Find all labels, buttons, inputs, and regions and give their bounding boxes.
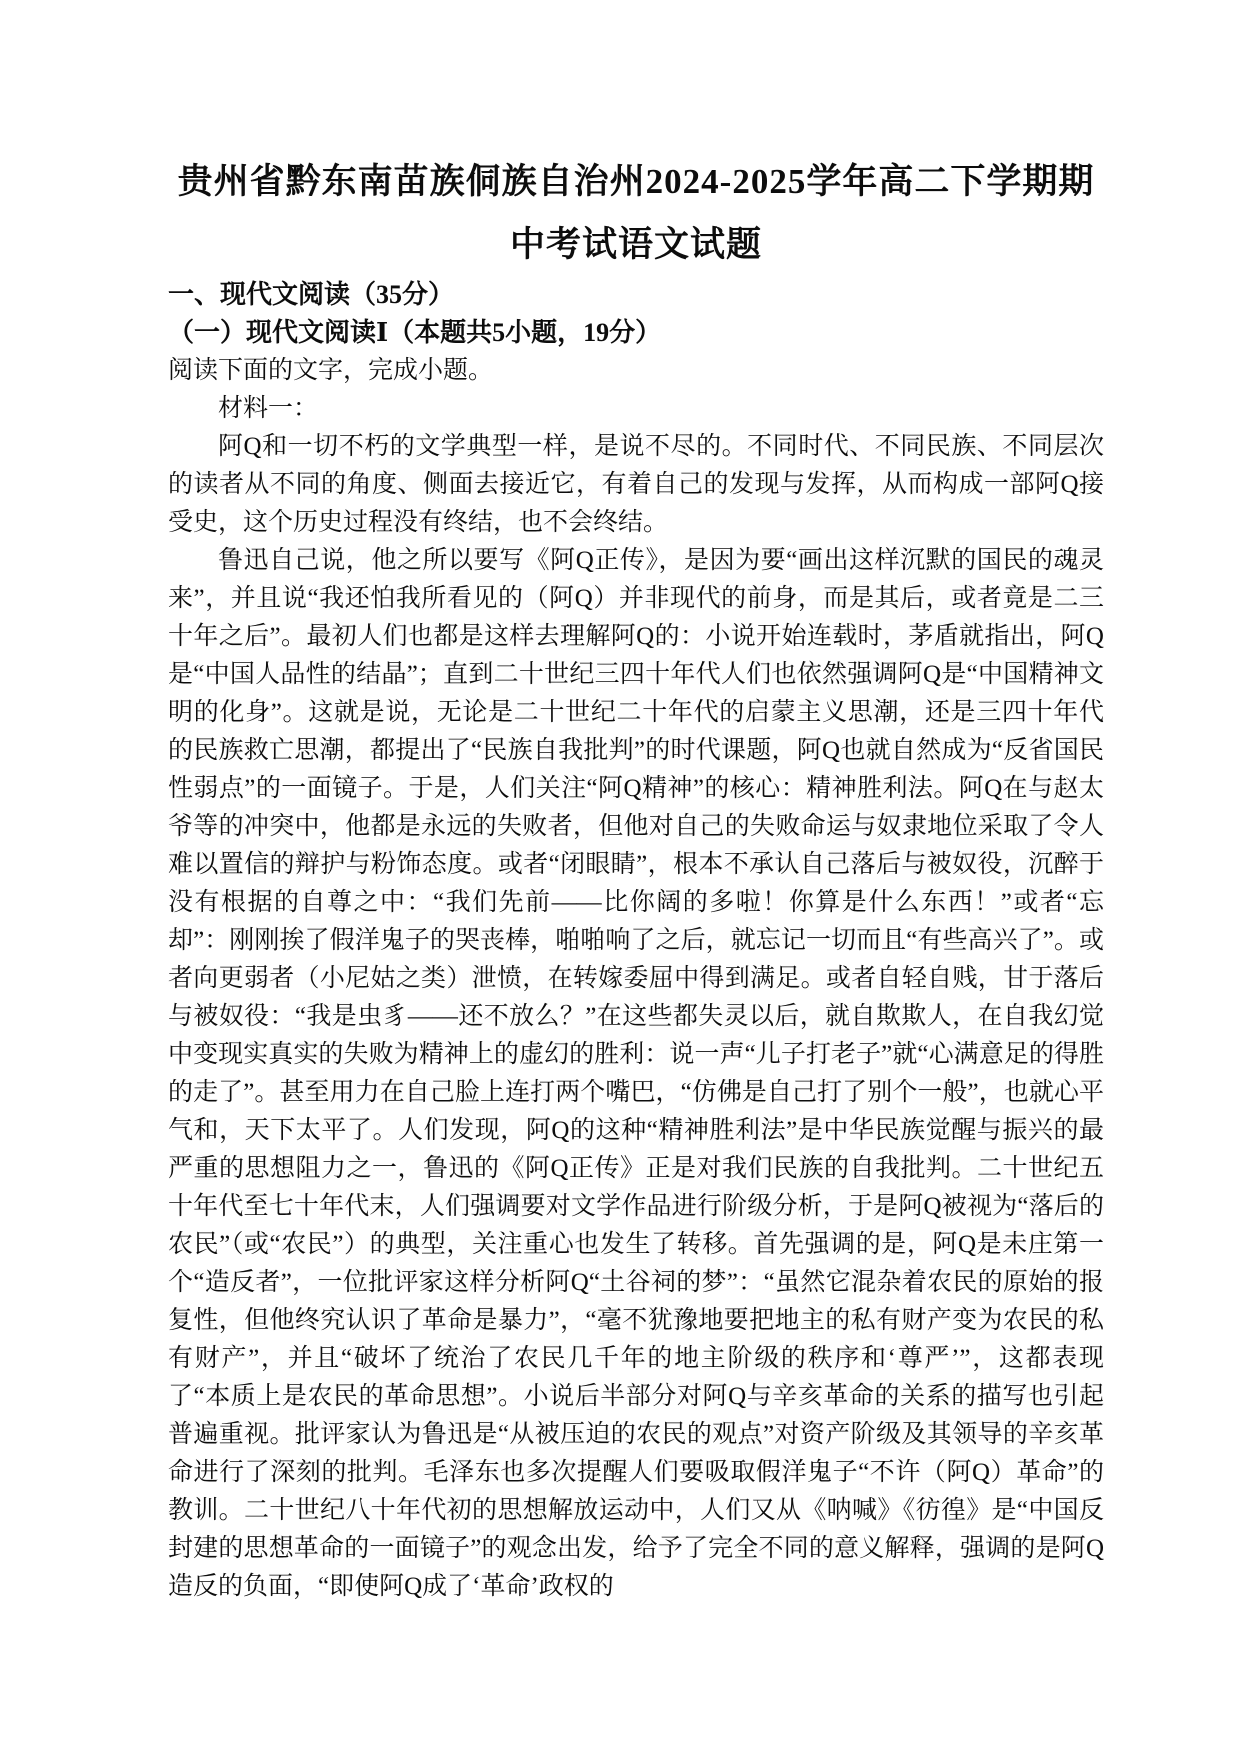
section-heading-modern-text-reading: 一、现代文阅读（35分） (168, 276, 1104, 314)
subsection-heading-reading-one: （一）现代文阅读Ⅰ（本题共5小题，19分） (168, 314, 1104, 352)
document-title: 贵州省黔东南苗族侗族自治州2024-2025学年高二下学期期中考试语文试题 (168, 150, 1104, 276)
material-paragraph-1: 阿Q和一切不朽的文学典型一样，是说不尽的。不同时代、不同民族、不同层次的读者从不… (168, 428, 1104, 542)
reading-instruction: 阅读下面的文字，完成小题。 (168, 352, 1104, 390)
material-one-label: 材料一： (168, 390, 1104, 428)
material-paragraph-2: 鲁迅自己说，他之所以要写《阿Q正传》，是因为要“画出这样沉默的国民的魂灵来”，并… (168, 542, 1104, 1606)
exam-document-page: 贵州省黔东南苗族侗族自治州2024-2025学年高二下学期期中考试语文试题 一、… (0, 0, 1240, 1754)
